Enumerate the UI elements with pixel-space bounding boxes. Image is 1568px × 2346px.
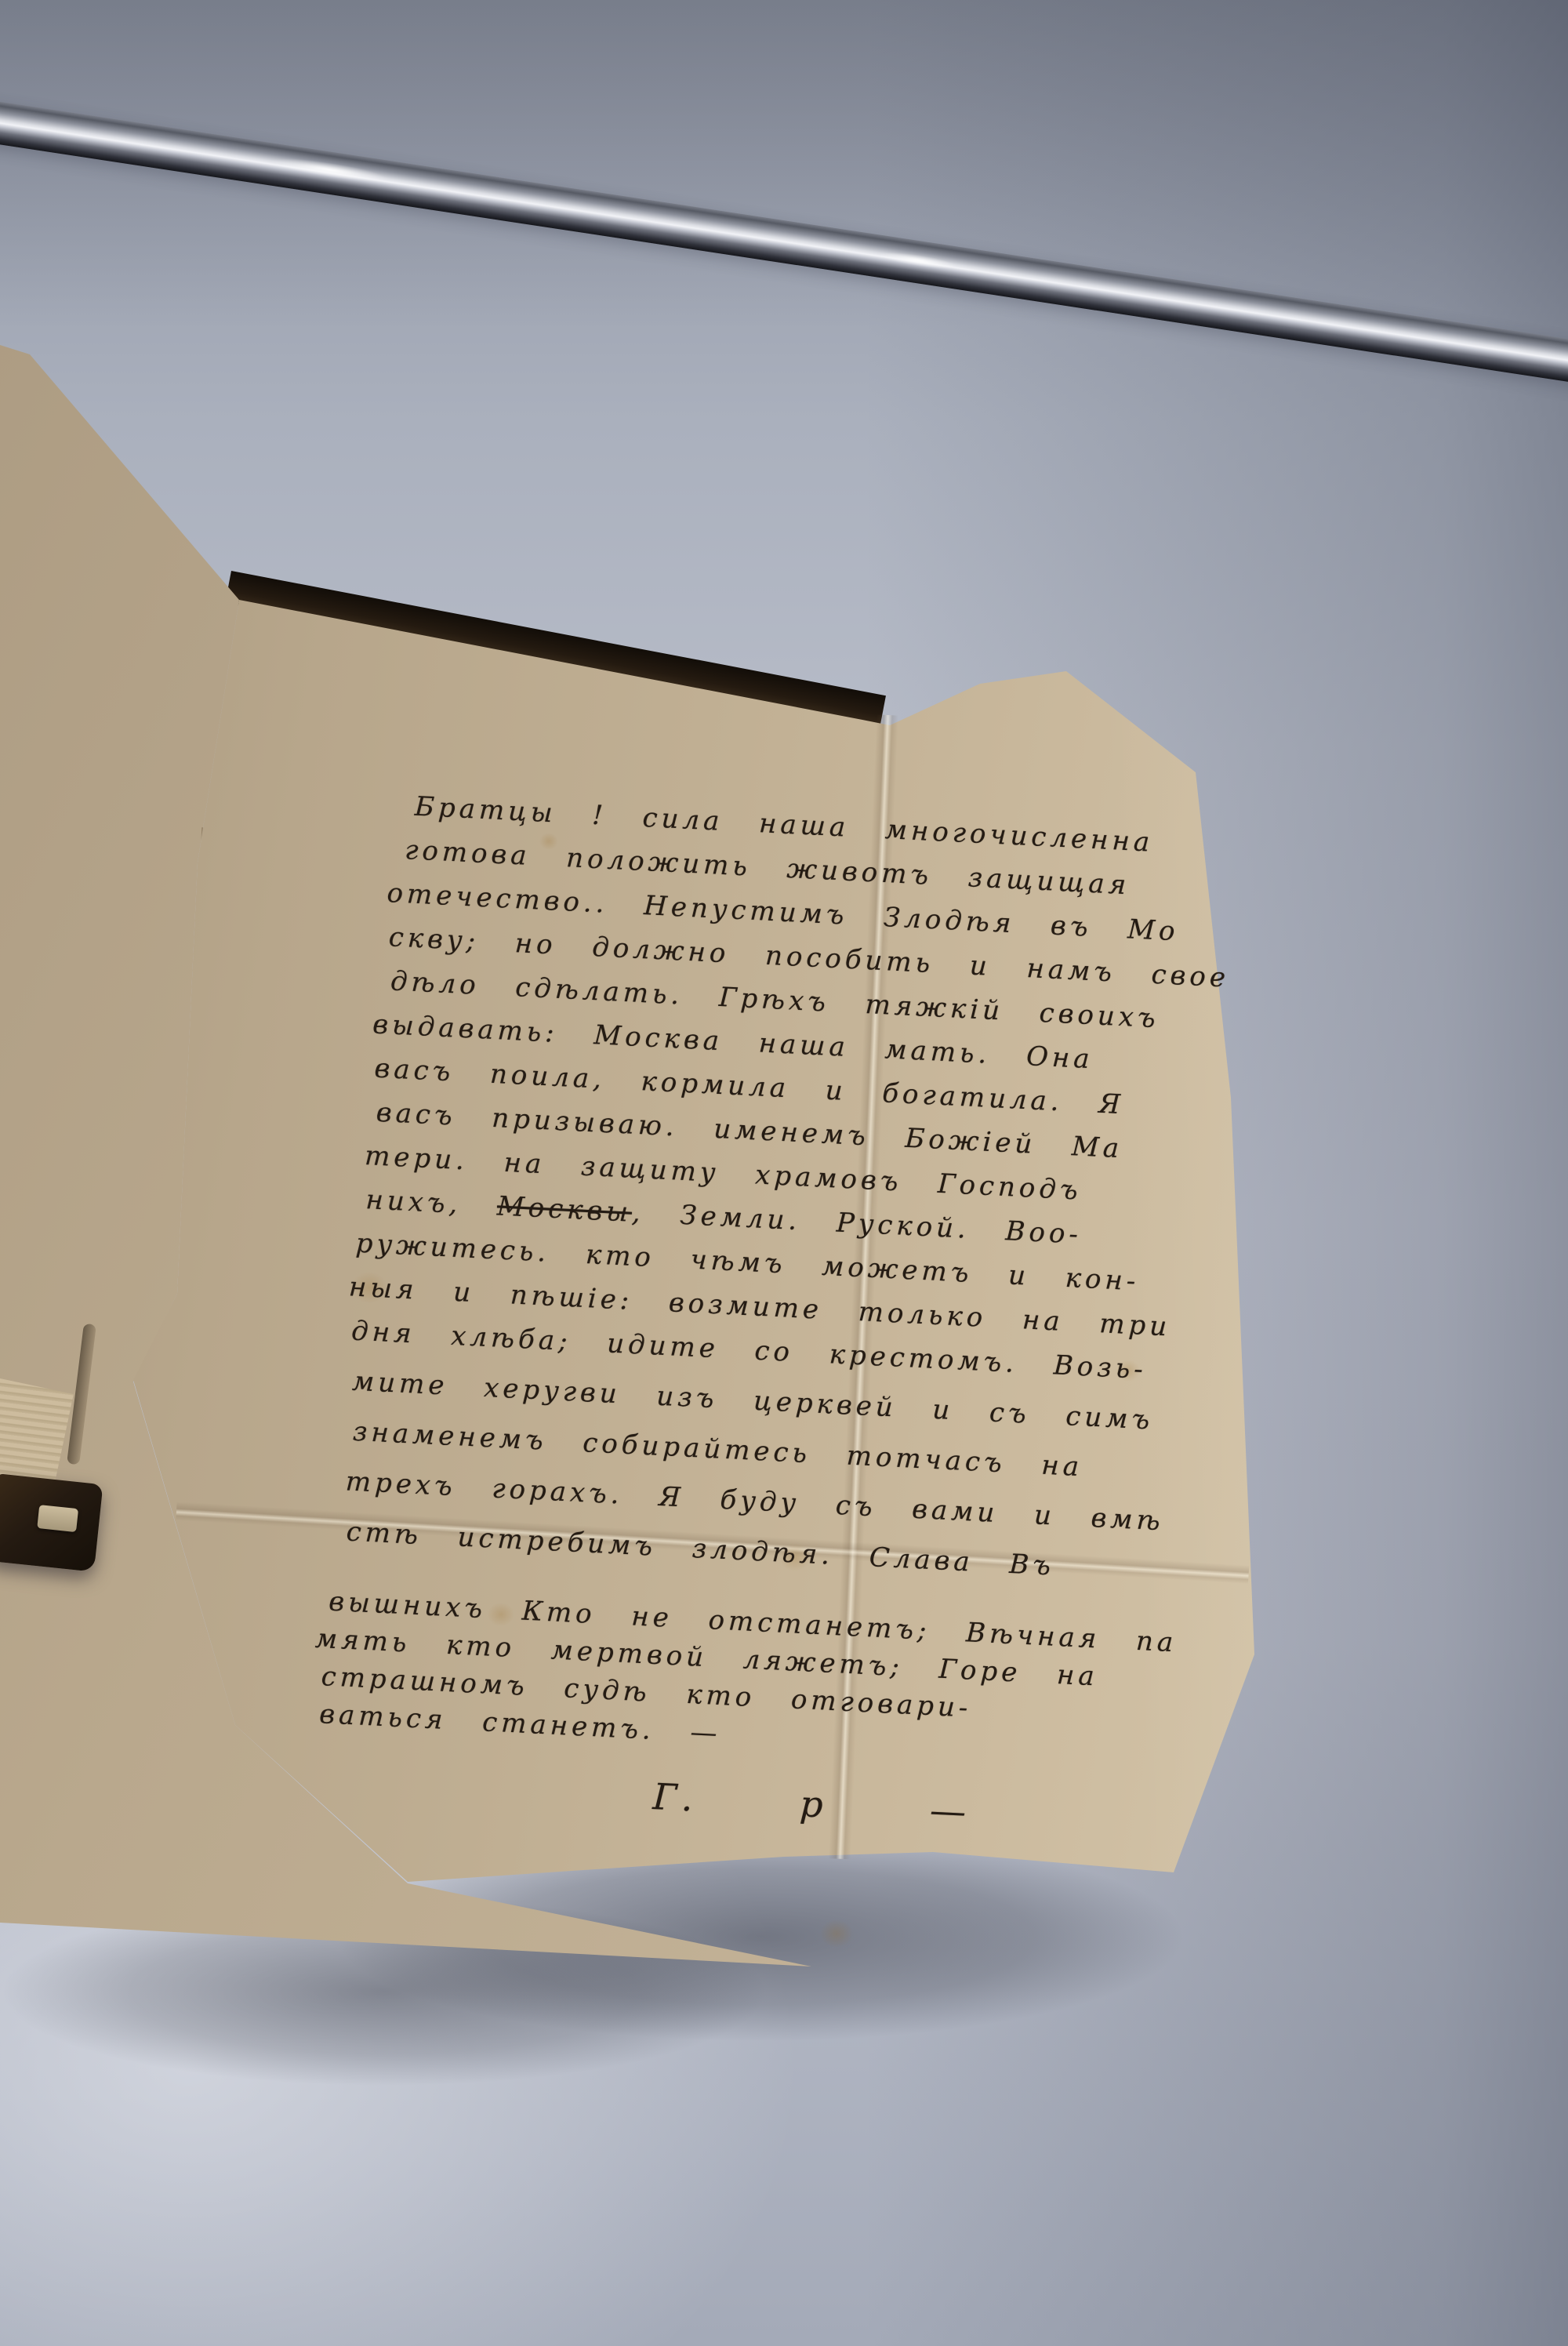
handwritten-text-block: Братцы ! сила наша многочисленнаготова п… bbox=[307, 790, 1265, 1842]
letter-page: Братцы ! сила наша многочисленнаготова п… bbox=[0, 0, 1568, 2346]
struck-word: Москвы bbox=[496, 1190, 633, 1228]
paper-stain bbox=[820, 1919, 853, 1948]
photo-of-letter: Братцы ! сила наша многочисленнаготова п… bbox=[0, 0, 1568, 2346]
handwritten-lines: Братцы ! сила наша многочисленнаготова п… bbox=[310, 790, 1265, 1782]
